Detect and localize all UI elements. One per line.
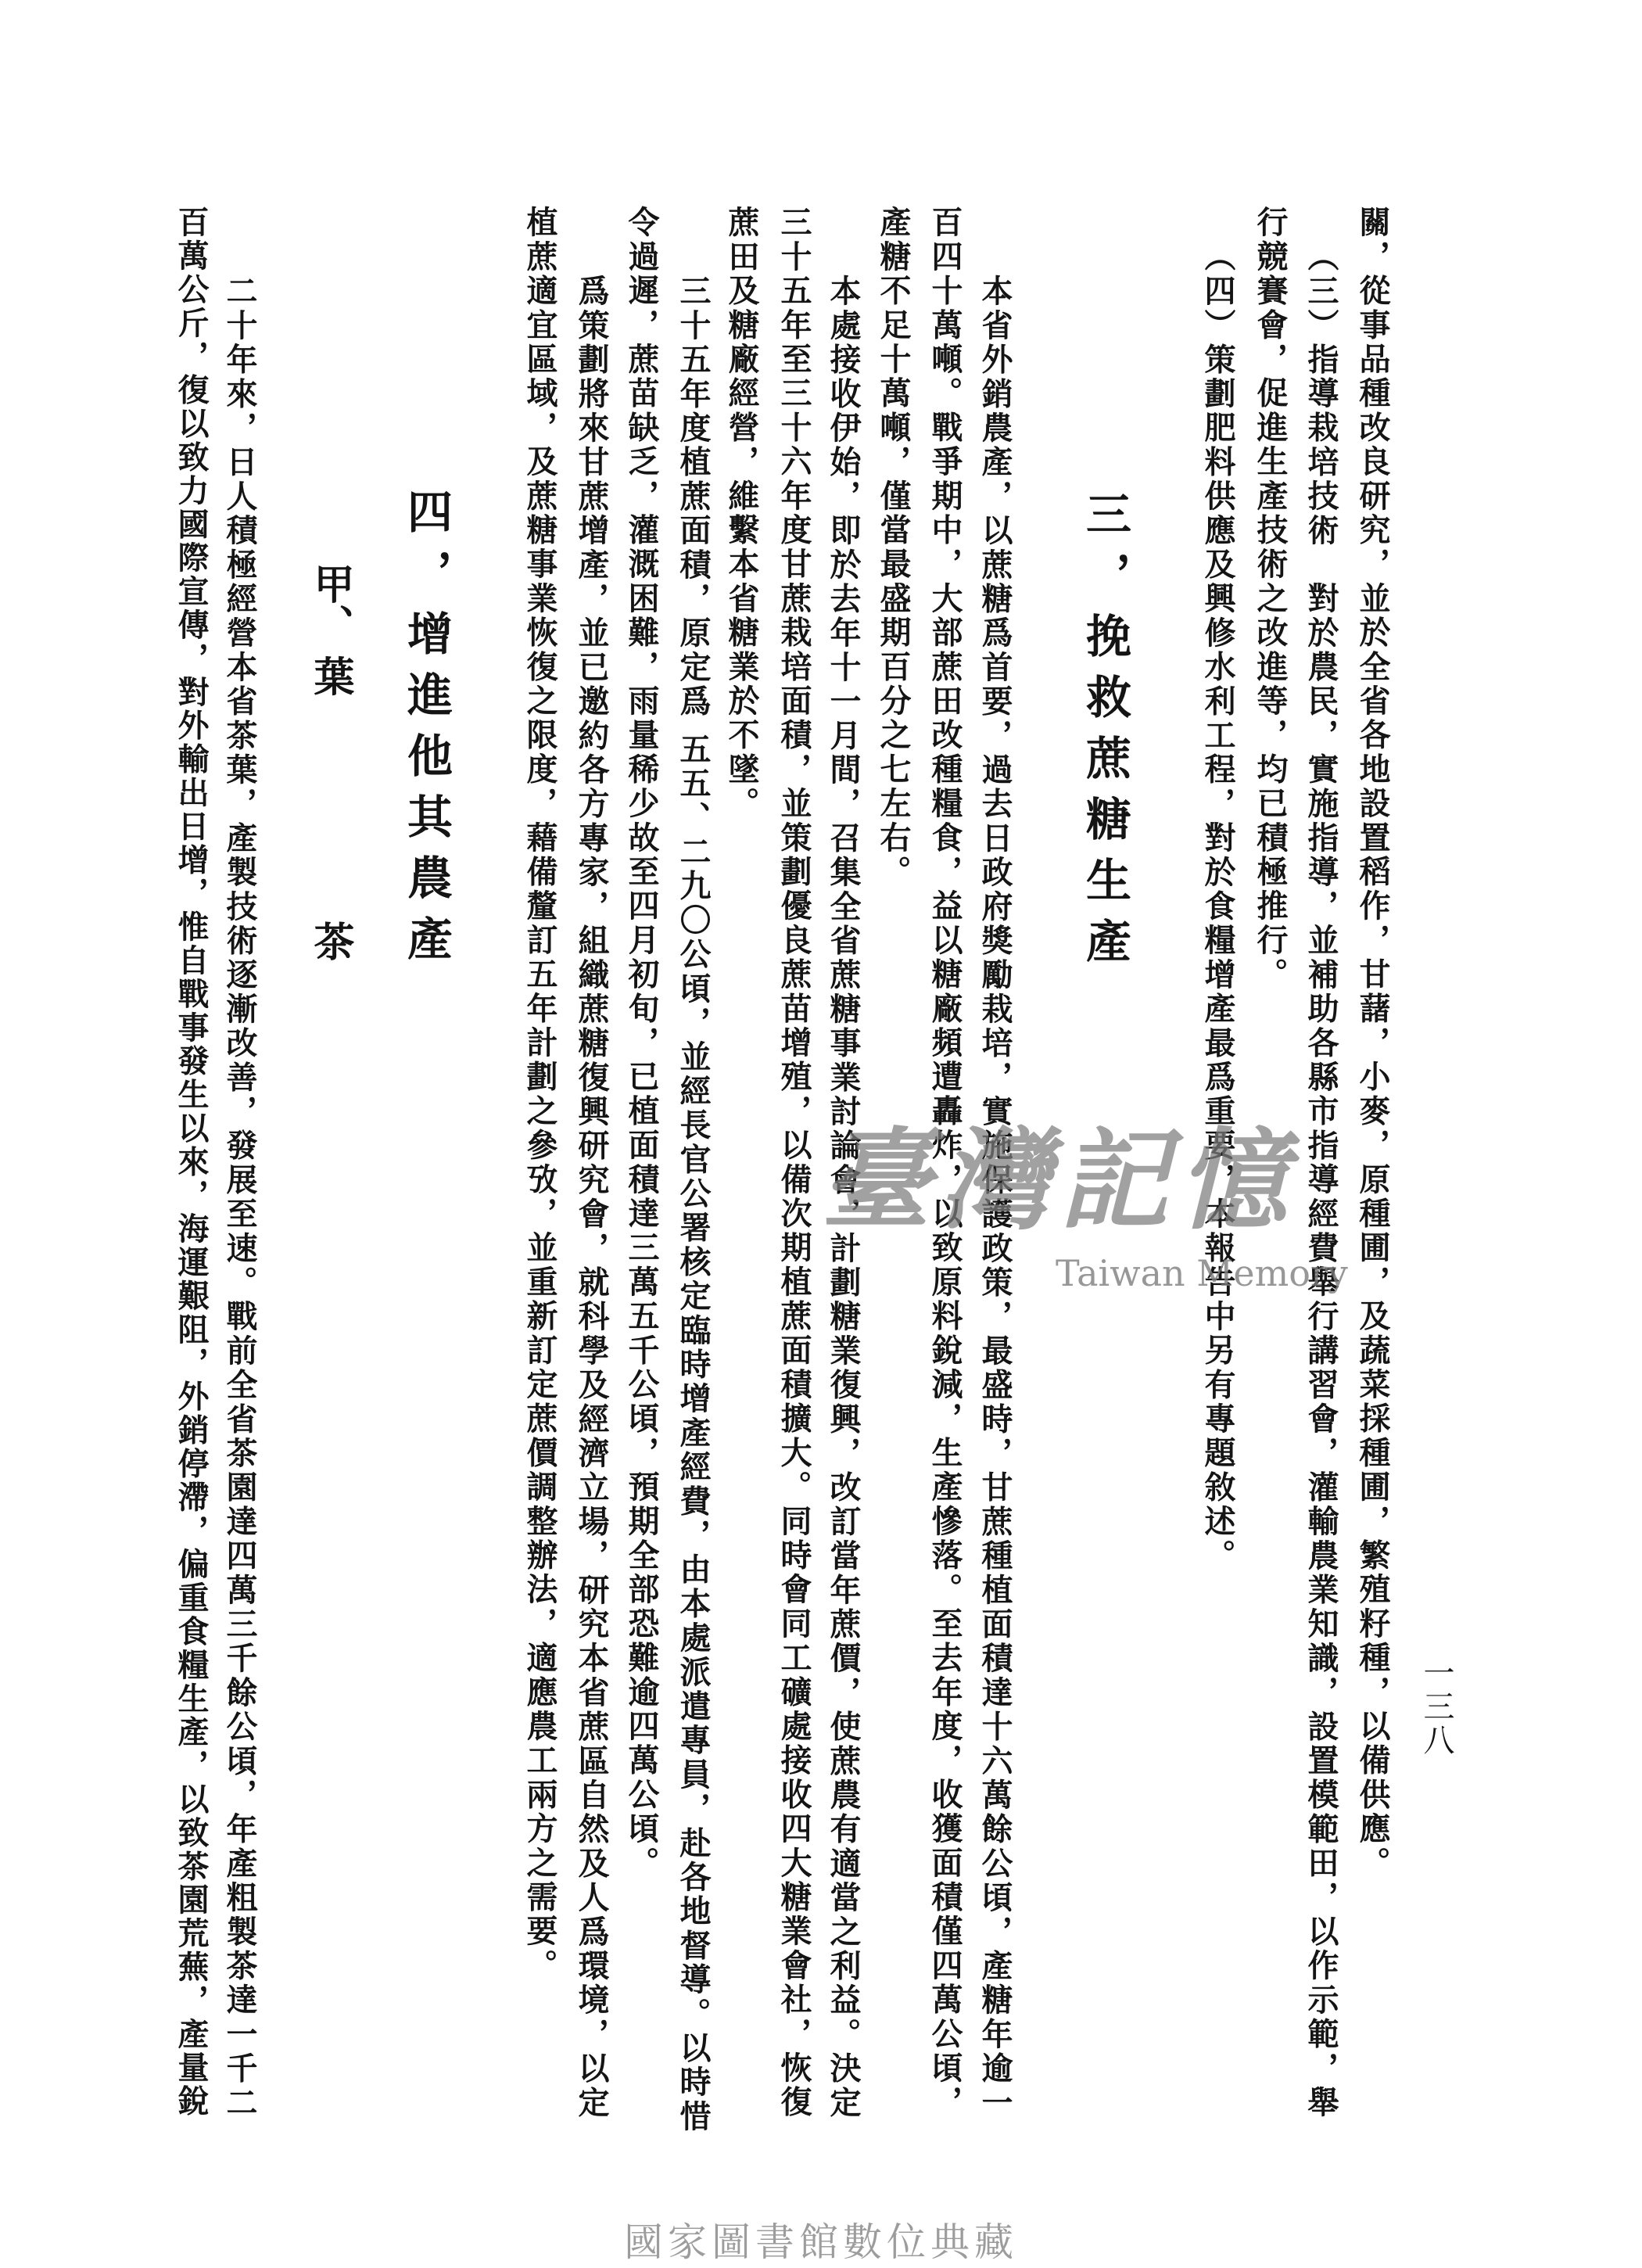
subheading-char-tea-leaf: 葉 xyxy=(310,655,350,696)
paragraph-line: 二十年來，日人積極經營本省茶葉，產製技術逐漸改善，發展至速。戰前全省茶園達四萬三… xyxy=(224,275,255,2120)
section-heading-other-crops: 四，增進他其農產 xyxy=(403,488,449,976)
paragraph-line: 蔗田及糖廠經營，維繫本省糖業於不墜。 xyxy=(726,206,757,821)
list-item-3-line-2: 行競賽會，促進生產技術之改進等，均已積極推行。 xyxy=(1254,206,1285,992)
page-number: 一三八 xyxy=(1421,1656,1452,1757)
text-line-continuation-1: 關，從事品種改良研究，並於全省各地設置稻作，甘藷，小麥，原種圃，及蔬菜採種圃，繁… xyxy=(1357,206,1388,1880)
paragraph-line: 產糖不足十萬噸，僅當最盛期百分之七左右。 xyxy=(877,206,909,889)
scanned-document-page: 一三八 關，從事品種改良研究，並於全省各地設置稻作，甘藷，小麥，原種圃，及蔬菜採… xyxy=(0,0,1642,2268)
section-heading-sugar: 三，挽救蔗糖生產 xyxy=(1082,490,1128,978)
subheading-char-tea: 茶 xyxy=(310,920,350,961)
library-footer-watermark: 國家圖書館數位典藏 xyxy=(624,2220,1018,2265)
paragraph-line: 三十五年度植蔗面積，原定爲 五五、二九〇公頃，並經長官公署核定臨時增產經費，由本… xyxy=(677,275,708,2133)
taiwan-memory-watermark-text: Taiwan Memory xyxy=(1056,1251,1348,1295)
paragraph-line: 三十五年至三十六年度甘蔗栽培面積，並策劃優良蔗苗增殖，以備次期植蔗面積擴大。同時… xyxy=(778,206,809,2119)
paragraph-line: 百萬公斤，復以致力國際宣傳，對外輸出日增，惟自戰事發生以來，海運艱阻，外銷停滯，… xyxy=(175,206,206,2118)
subheading-prefix: 甲、 xyxy=(310,563,350,644)
paragraph-line: 爲策劃將來甘蔗增產，並已邀約各方專家，組織蔗糖復興研究會，就科學及經濟立場，研究… xyxy=(575,275,607,2120)
paragraph-line: 植蔗適宜區域，及蔗糖事業恢復之限度，藉備釐訂五年計劃之參攷，並重新訂定蔗價調整辦… xyxy=(524,206,555,1983)
list-item-3-line-1: （三）指導栽培技術 對於農民，實施指導，並補助各縣市指導經費舉行講習會，灌輸農業… xyxy=(1305,240,1336,2120)
taiwan-memory-watermark-logo: 臺灣記憶 xyxy=(821,1114,1296,1247)
paragraph-line: 令過遲，蔗苗缺乏，灌溉困難，雨量稀少故至四月初旬，已植面積達三萬五千公頃，預期全… xyxy=(626,206,657,1880)
list-item-4: （四）策劃肥料供應及興修水利工程，對於食糧增產最爲重要，本報告中另有專題敘述。 xyxy=(1202,240,1233,1573)
